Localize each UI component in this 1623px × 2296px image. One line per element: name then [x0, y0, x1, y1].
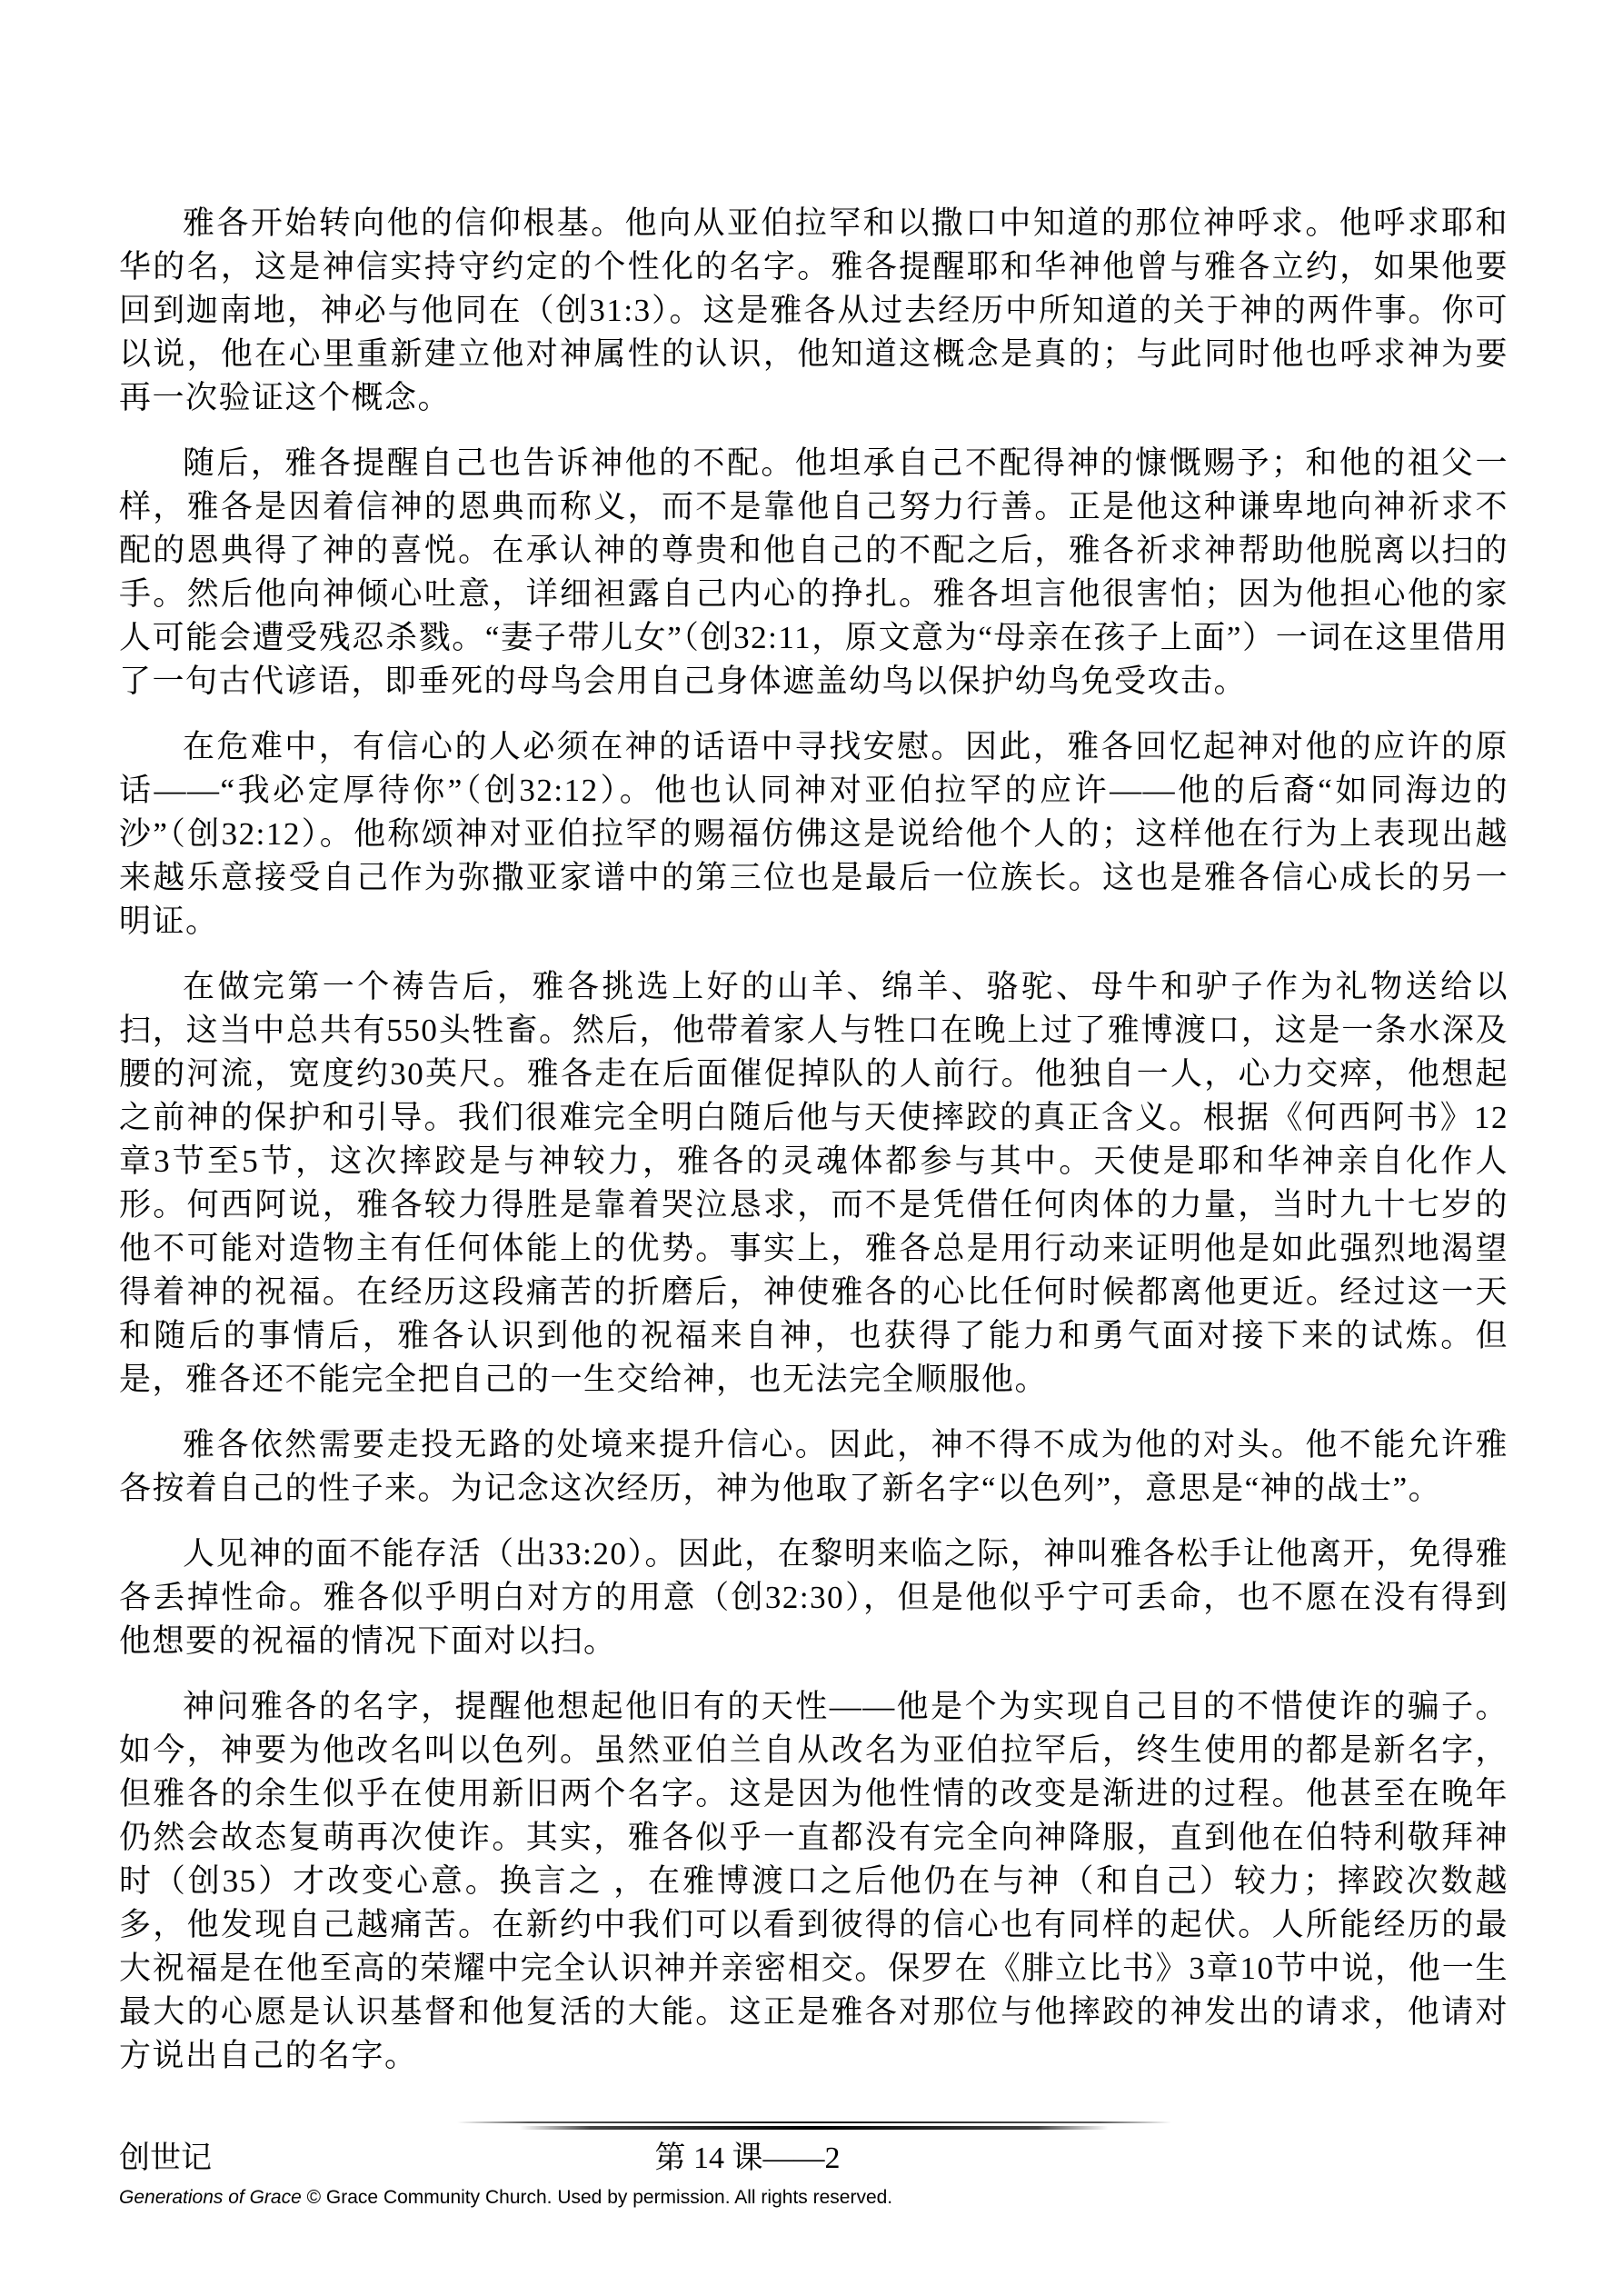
footer-divider — [457, 2121, 1171, 2130]
paragraph: 雅各开始转向他的信仰根基。他向从亚伯拉罕和以撒口中知道的那位神呼求。他呼求耶和华… — [119, 202, 1508, 420]
footer-row: 创世记 第 14 课——2 — [119, 2139, 1508, 2179]
footer-page-number: 第 14 课——2 — [53, 2139, 1442, 2179]
paragraph: 人见神的面不能存活（出33:20）。因此，在黎明来临之际，神叫雅各松手让他离开，… — [119, 1532, 1508, 1663]
divider-line-thick — [520, 2126, 1109, 2130]
paragraph: 雅各依然需要走投无路的处境来提升信心。因此，神不得不成为他的对头。他不能允许雅各… — [119, 1423, 1508, 1511]
footer-copyright: Generations of Grace © Grace Community C… — [119, 2186, 1508, 2210]
footer-copyright-text: © Grace Community Church. Used by permis… — [302, 2187, 892, 2208]
paragraph: 在做完第一个祷告后，雅各挑选上好的山羊、绵羊、骆驼、母牛和驴子作为礼物送给以扫，… — [119, 965, 1508, 1402]
page-footer: 创世记 第 14 课——2 Generations of Grace © Gra… — [119, 2121, 1508, 2210]
paragraph: 在危难中，有信心的人必须在神的话语中寻找安慰。因此，雅各回忆起神对他的应许的原话… — [119, 725, 1508, 943]
document-page: 雅各开始转向他的信仰根基。他向从亚伯拉罕和以撒口中知道的那位神呼求。他呼求耶和华… — [0, 0, 1623, 2296]
footer-copyright-series-title: Generations of Grace — [119, 2187, 302, 2208]
paragraph: 随后，雅各提醒自己也告诉神他的不配。他坦承自己不配得神的慷慨赐予；和他的祖父一样… — [119, 442, 1508, 704]
document-body: 雅各开始转向他的信仰根基。他向从亚伯拉罕和以撒口中知道的那位神呼求。他呼求耶和华… — [119, 202, 1508, 2100]
divider-line-thin — [457, 2121, 1171, 2123]
paragraph: 神问雅各的名字，提醒他想起他旧有的天性——他是个为实现自己目的不惜使诈的骗子。如… — [119, 1685, 1508, 2078]
